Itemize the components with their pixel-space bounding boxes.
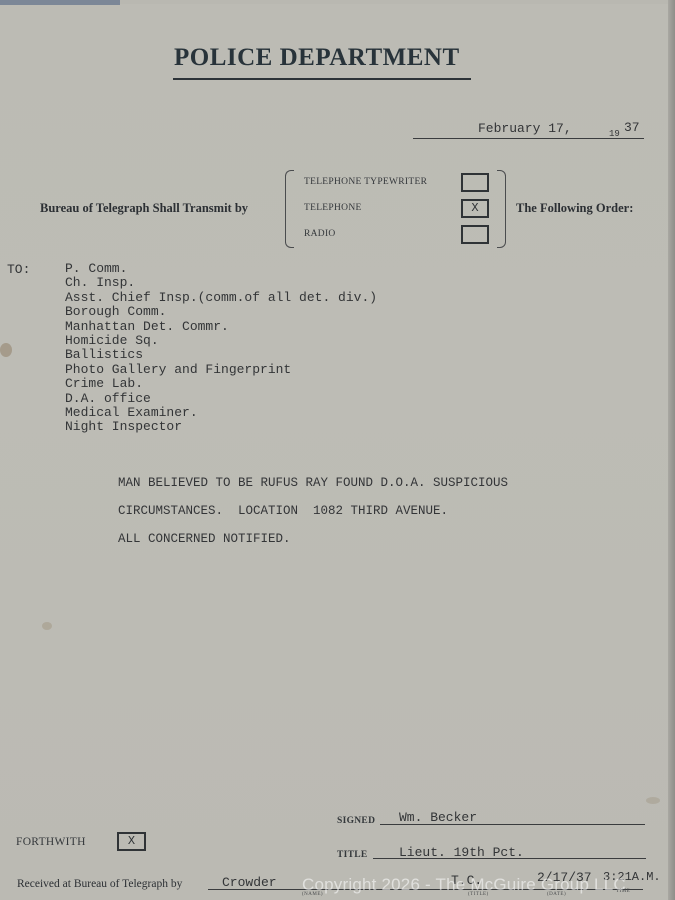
- stain: [0, 343, 12, 357]
- option-telephone-typewriter-label: TELEPHONE TYPEWRITER: [304, 177, 427, 187]
- message-line: CIRCUMSTANCES. LOCATION 1082 THIRD AVENU…: [118, 504, 448, 518]
- signed-value: Wm. Becker: [399, 810, 477, 825]
- page-edge: [668, 0, 675, 900]
- recipient: D.A. office: [65, 392, 377, 406]
- recipient: Medical Examiner.: [65, 406, 377, 420]
- background-strip: [0, 0, 120, 5]
- to-label: TO:: [7, 262, 30, 277]
- received-name: Crowder: [222, 875, 277, 890]
- recipient: Crime Lab.: [65, 377, 377, 391]
- option-radio-label: RADIO: [304, 229, 336, 239]
- signed-label: SIGNED: [337, 816, 375, 826]
- signed-rule: [380, 824, 645, 825]
- left-brace: [285, 170, 294, 248]
- transmit-label: Bureau of Telegraph Shall Transmit by: [40, 201, 248, 216]
- telephone-checkbox[interactable]: X: [461, 199, 489, 218]
- title-rule: [373, 858, 646, 859]
- recipient: P. Comm.: [65, 262, 377, 276]
- recipient: Ballistics: [65, 348, 377, 362]
- telephone-typewriter-checkbox[interactable]: [461, 173, 489, 192]
- recipient: Ch. Insp.: [65, 276, 377, 290]
- stain: [42, 622, 52, 630]
- message-line: ALL CONCERNED NOTIFIED.: [118, 532, 291, 546]
- title-label: TITLE: [337, 850, 368, 860]
- received-label: Received at Bureau of Telegraph by: [17, 878, 182, 890]
- recipient: Photo Gallery and Fingerprint: [65, 363, 377, 377]
- date-rule: [413, 138, 644, 139]
- title-underline: [173, 78, 471, 80]
- forthwith-checkbox[interactable]: X: [117, 832, 146, 851]
- recipient: Manhattan Det. Commr.: [65, 320, 377, 334]
- date-value: February 17,: [478, 121, 572, 136]
- forthwith-label: FORTHWITH: [16, 836, 86, 848]
- date-year: 37: [624, 120, 640, 135]
- stain: [646, 797, 660, 804]
- copyright-watermark: Copyright 2026 - The McGuire Group LLC: [302, 875, 626, 895]
- page-title: POLICE DEPARTMENT: [174, 44, 460, 72]
- recipient: Homicide Sq.: [65, 334, 377, 348]
- recipient: Night Inspector: [65, 420, 377, 434]
- recipient: Asst. Chief Insp.(comm.of all det. div.): [65, 291, 377, 305]
- message-line: MAN BELIEVED TO BE RUFUS RAY FOUND D.O.A…: [118, 476, 508, 490]
- recipient-list: P. Comm. Ch. Insp. Asst. Chief Insp.(com…: [65, 262, 377, 435]
- radio-checkbox[interactable]: [461, 225, 489, 244]
- following-order-label: The Following Order:: [516, 201, 633, 216]
- recipient: Borough Comm.: [65, 305, 377, 319]
- right-brace: [497, 170, 506, 248]
- option-telephone-label: TELEPHONE: [304, 203, 362, 213]
